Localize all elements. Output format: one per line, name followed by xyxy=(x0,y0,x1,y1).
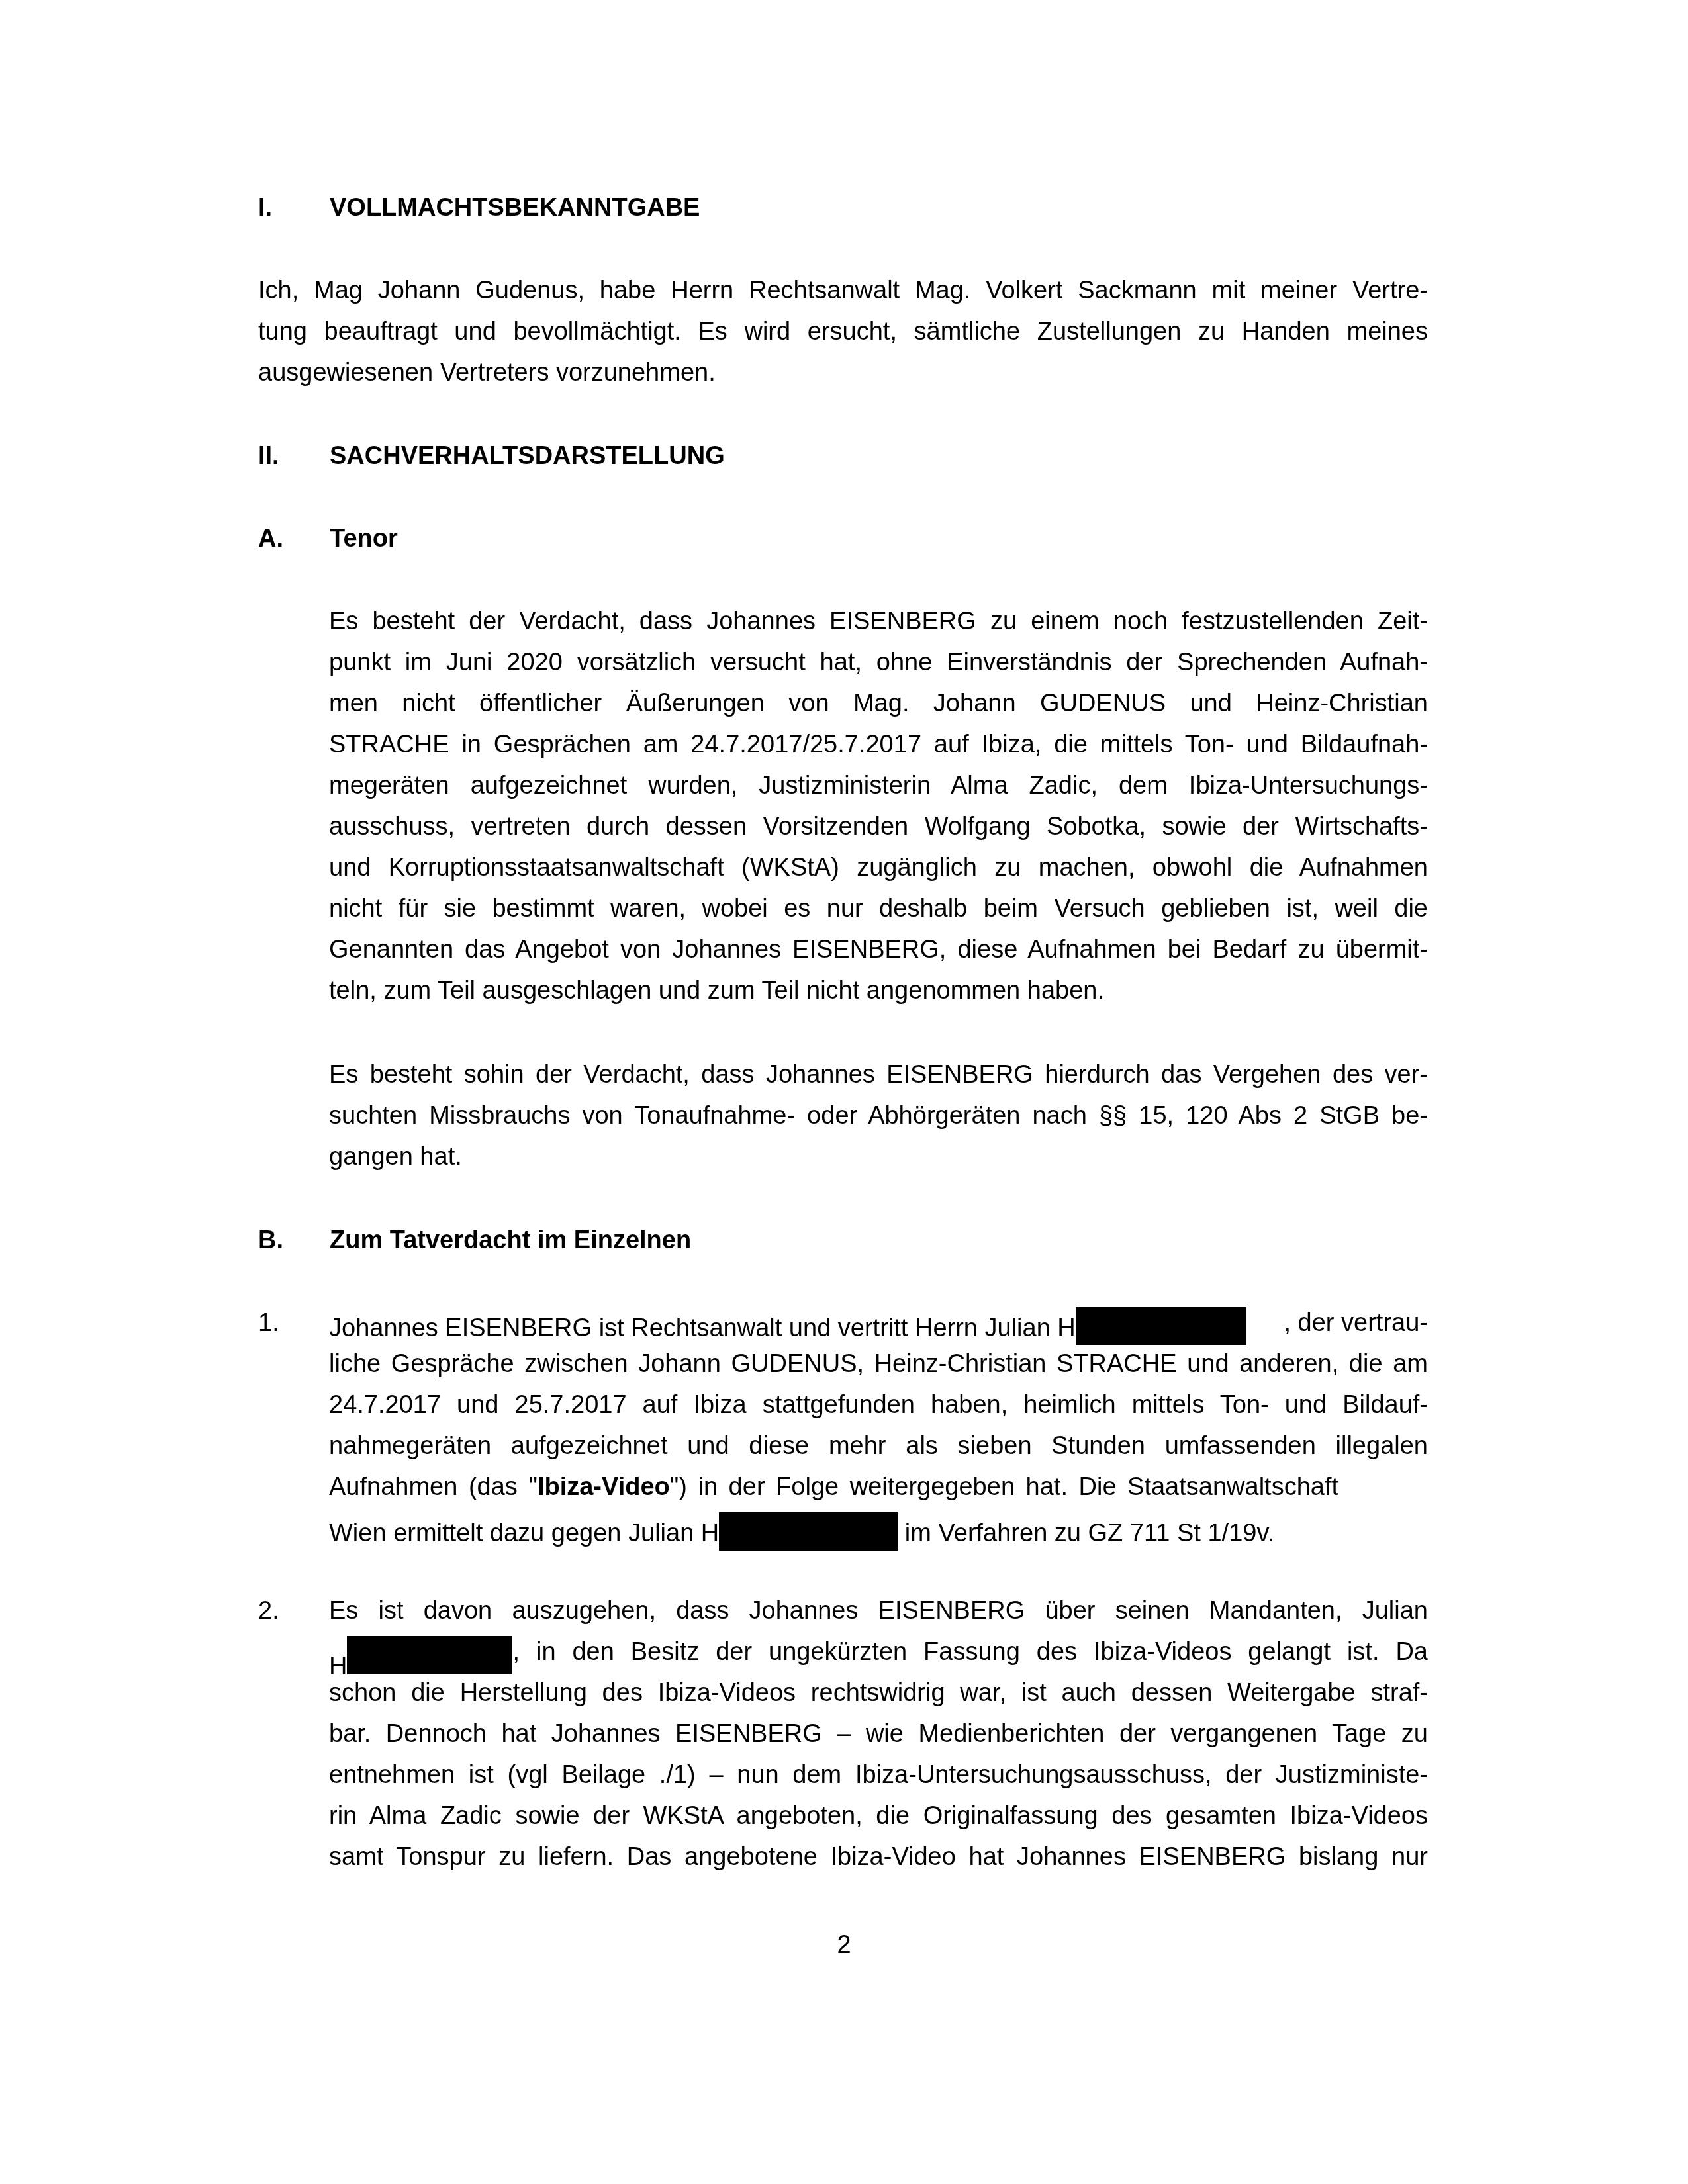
paragraph-line: nicht für sie bestimmt waren, wobei es n… xyxy=(329,893,1428,925)
paragraph-line: rin Alma Zadic sowie der WKStA angeboten… xyxy=(329,1800,1428,1832)
paragraph-line: nahmegeräten aufgezeichnet und diese meh… xyxy=(329,1430,1428,1462)
text-segment: , in den Besitz der ungekürzten Fassung … xyxy=(512,1636,1428,1682)
text-segment: Aufnahmen (das " xyxy=(329,1473,538,1501)
paragraph-line: men nicht öffentlicher Äußerungen von Ma… xyxy=(329,688,1428,719)
paragraph-line: ausschuss, vertreten durch dessen Vorsit… xyxy=(329,811,1428,842)
paragraph-line: teln, zum Teil ausgeschlagen und zum Tei… xyxy=(329,975,1104,1007)
section-number: I. xyxy=(258,192,272,224)
paragraph-line: gangen hat. xyxy=(329,1141,462,1173)
paragraph-line: und Korruptionsstaatsanwaltschaft (WKStA… xyxy=(329,852,1428,884)
text-segment: , der vertrau- xyxy=(1284,1307,1428,1345)
section-title: SACHVERHALTSDARSTELLUNG xyxy=(330,440,725,472)
subsection-number: A. xyxy=(258,523,283,555)
redaction-box xyxy=(347,1636,512,1674)
paragraph-line: punkt im Juni 2020 vorsätzlich versucht … xyxy=(329,647,1428,678)
paragraph-line: Johannes EISENBERG ist Rechtsanwalt und … xyxy=(329,1307,1428,1345)
section-number: II. xyxy=(258,440,279,472)
text-segment: Johannes EISENBERG ist Rechtsanwalt und … xyxy=(329,1314,1076,1342)
paragraph-line: tung beauftragt und bevollmächtigt. Es w… xyxy=(258,316,1428,347)
paragraph-line: suchten Missbrauchs von Tonaufnahme- ode… xyxy=(329,1100,1428,1132)
item-number: 2. xyxy=(258,1595,279,1627)
redaction-box xyxy=(719,1512,898,1551)
page-number: 2 xyxy=(0,1929,1688,1961)
paragraph-line: Es ist davon auszugehen, dass Johannes E… xyxy=(329,1595,1428,1627)
paragraph-line: H , in den Besitz der ungekürzten Fassun… xyxy=(329,1636,1428,1682)
redaction-box xyxy=(1076,1307,1246,1345)
document-page: I. VOLLMACHTSBEKANNTGABE Ich, Mag Johann… xyxy=(0,0,1688,2184)
paragraph-line: schon die Herstellung des Ibiza-Videos r… xyxy=(329,1677,1428,1709)
item-number: 1. xyxy=(258,1307,279,1339)
paragraph-line: Aufnahmen (das "Ibiza-Video") in der Fol… xyxy=(329,1471,1428,1503)
text-segment: Wien ermittelt dazu gegen Julian H xyxy=(329,1520,719,1547)
subsection-title: Tenor xyxy=(330,523,398,555)
paragraph-line: Genannten das Angebot von Johannes EISEN… xyxy=(329,934,1428,966)
paragraph-line: bar. Dennoch hat Johannes EISENBERG – wi… xyxy=(329,1718,1428,1750)
paragraph-line: samt Tonspur zu liefern. Das angebotene … xyxy=(329,1841,1428,1873)
defined-term-ibiza-video: Ibiza-Video xyxy=(538,1473,670,1501)
paragraph-line: Wien ermittelt dazu gegen Julian H im Ve… xyxy=(329,1512,1274,1551)
paragraph-line: Es besteht der Verdacht, dass Johannes E… xyxy=(329,606,1428,637)
text-segment: im Verfahren zu GZ 711 St 1/19v. xyxy=(898,1520,1274,1547)
paragraph-line: liche Gespräche zwischen Johann GUDENUS,… xyxy=(329,1348,1428,1380)
paragraph-line: Ich, Mag Johann Gudenus, habe Herrn Rech… xyxy=(258,275,1428,306)
subsection-title: Zum Tatverdacht im Einzelnen xyxy=(330,1224,691,1256)
text-segment: ") in der Folge weitergegeben hat. Die S… xyxy=(670,1473,1338,1501)
paragraph-line: STRACHE in Gesprächen am 24.7.2017/25.7.… xyxy=(329,729,1428,760)
subsection-number: B. xyxy=(258,1224,283,1256)
paragraph-line: Es besteht sohin der Verdacht, dass Joha… xyxy=(329,1059,1428,1091)
paragraph-line: 24.7.2017 und 25.7.2017 auf Ibiza stattg… xyxy=(329,1389,1428,1421)
paragraph-line: megeräten aufgezeichnet wurden, Justizmi… xyxy=(329,770,1428,801)
section-title: VOLLMACHTSBEKANNTGABE xyxy=(330,192,700,224)
paragraph-line: entnehmen ist (vgl Beilage ./1) – nun de… xyxy=(329,1759,1428,1791)
paragraph-line: ausgewiesenen Vertreters vorzunehmen. xyxy=(258,357,716,388)
